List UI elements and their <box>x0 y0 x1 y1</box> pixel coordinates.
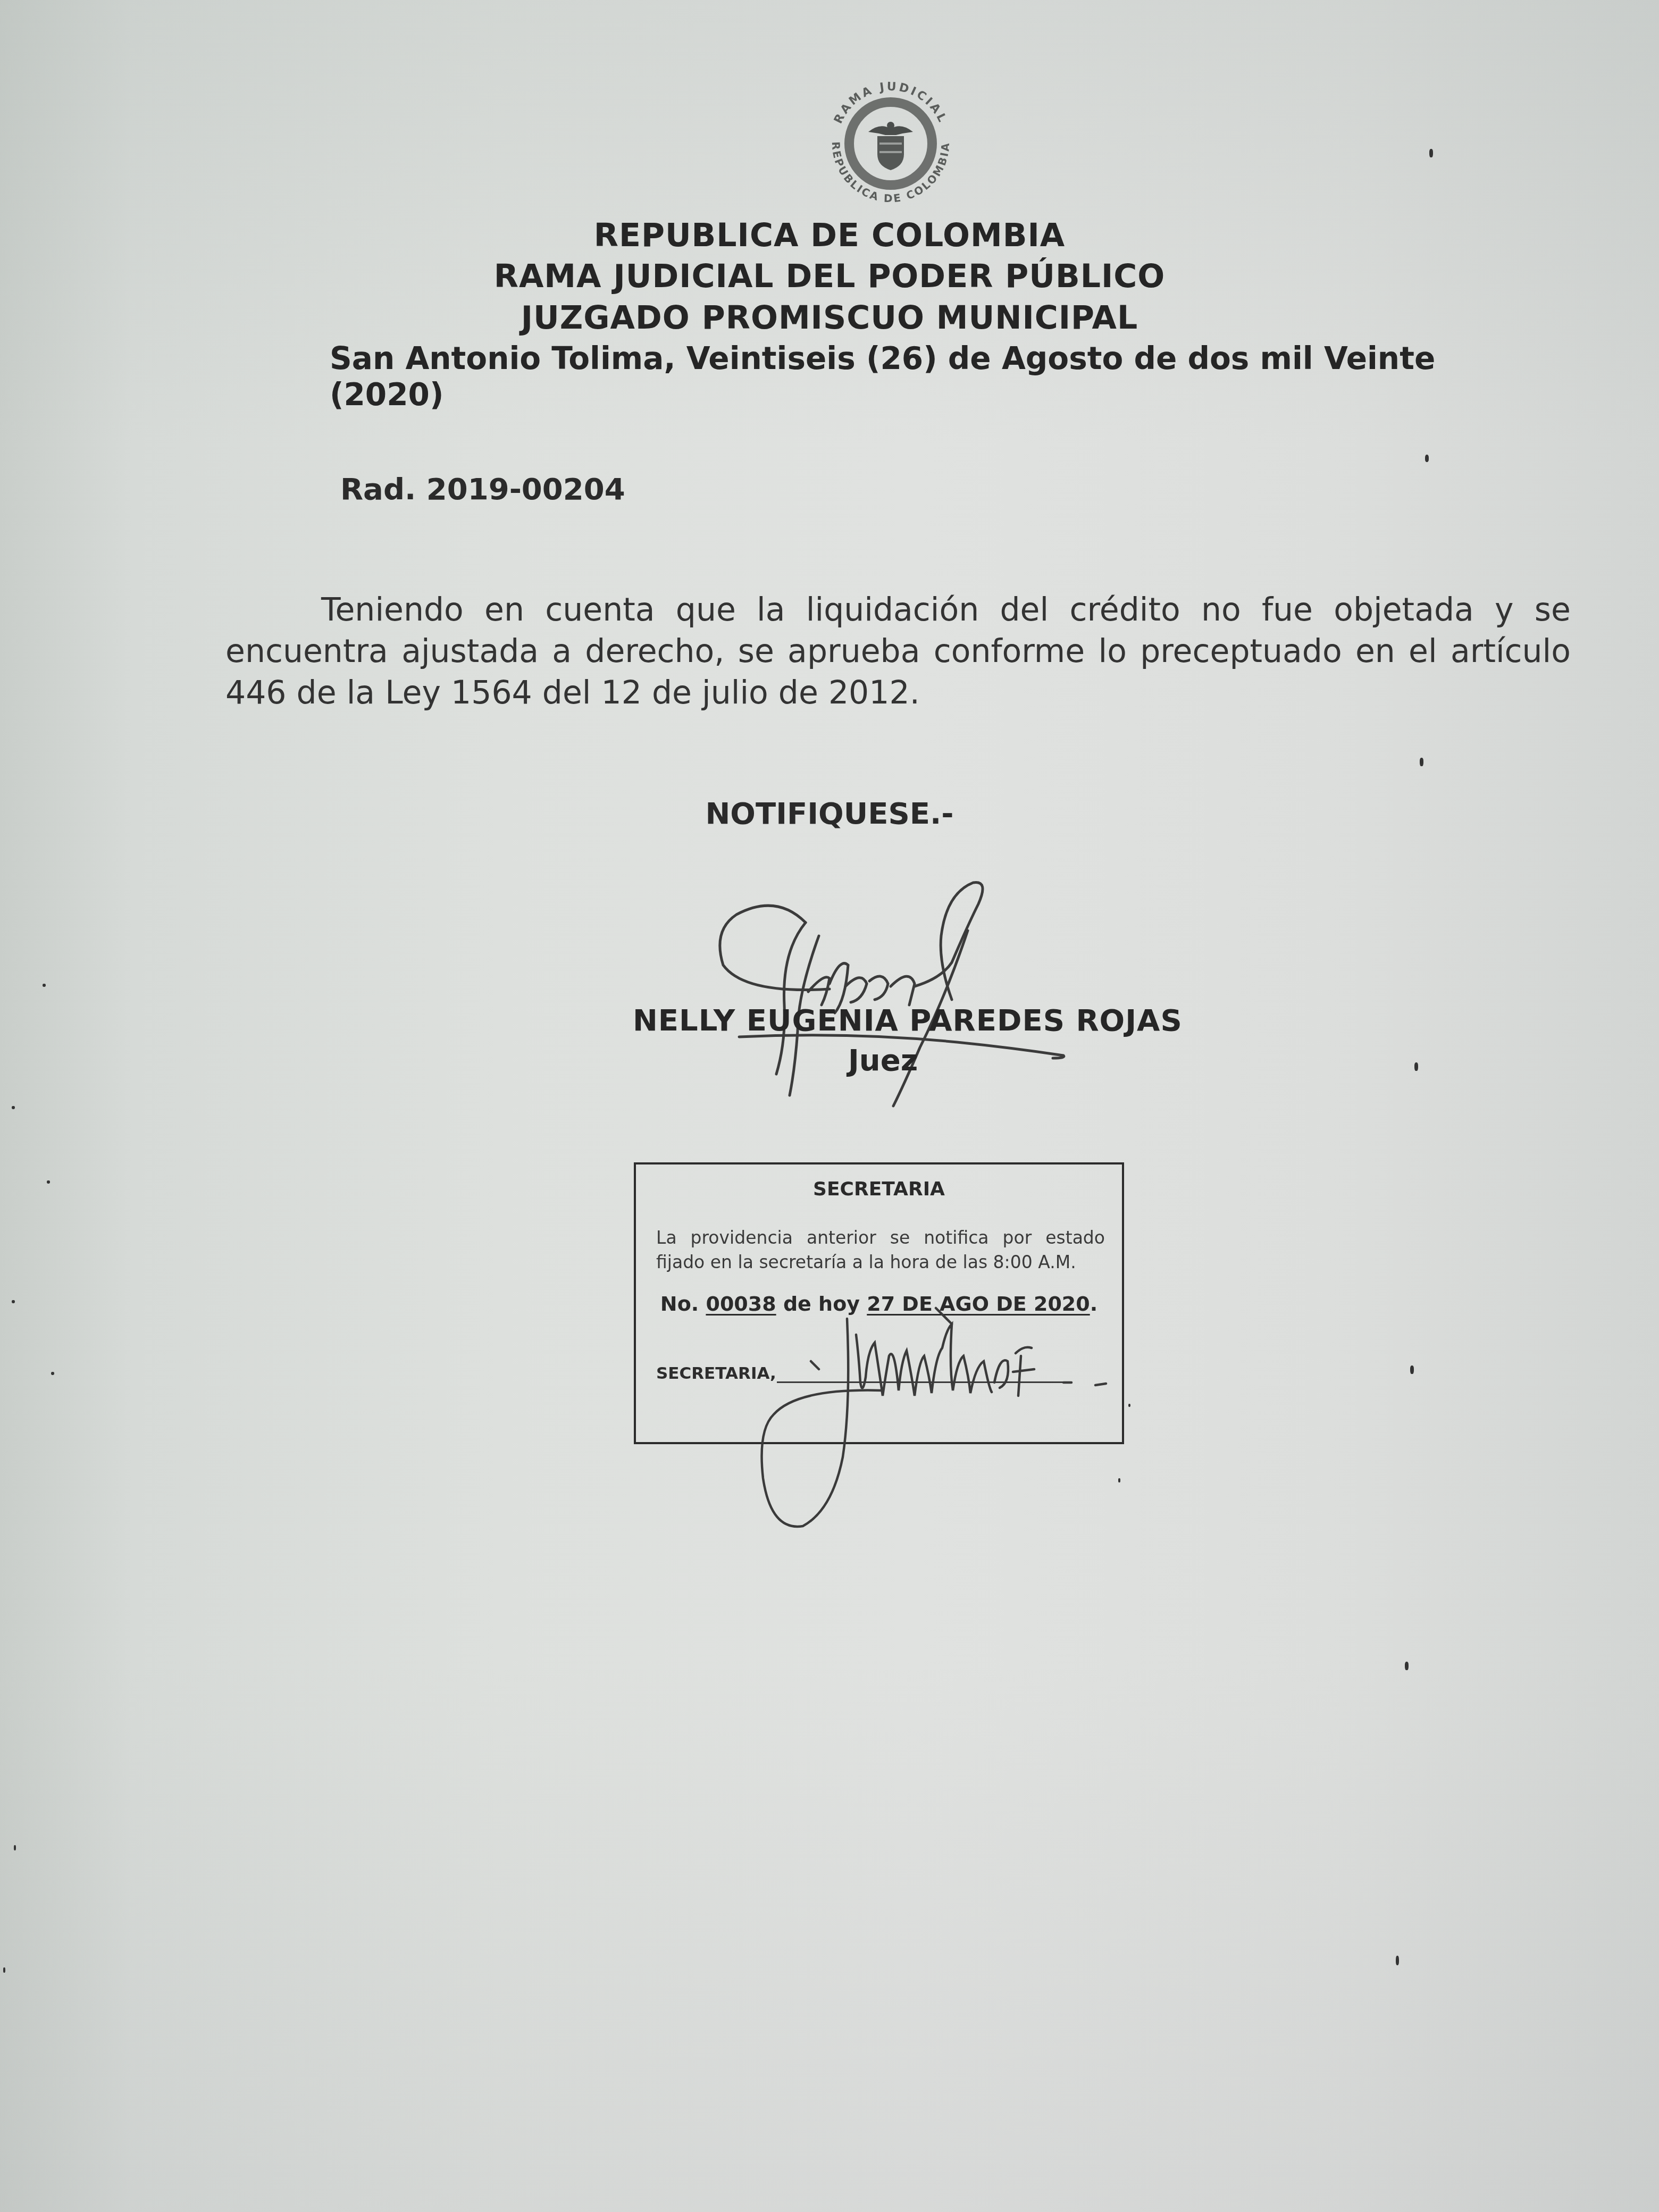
header-branch: RAMA JUDICIAL DEL PODER PÚBLICO <box>0 258 1659 295</box>
stamp-estado-line: No. 00038 de hoy 27 DE AGO DE 2020. <box>636 1292 1122 1316</box>
header-place-date: San Antonio Tolima, Veintiseis (26) de A… <box>330 340 1462 413</box>
stamp-period: . <box>1090 1292 1097 1316</box>
paper-speck <box>1425 455 1429 462</box>
paper-speck <box>1396 1956 1399 1965</box>
paper-speck <box>1118 1478 1120 1482</box>
paper-speck <box>1410 1365 1414 1374</box>
paper-speck <box>1429 149 1433 157</box>
stamp-no-prefix: No. <box>660 1292 699 1316</box>
paper-speck <box>12 1106 15 1109</box>
judge-name: NELLY EUGENIA PAREDES ROJAS <box>633 1003 1183 1038</box>
stamp-notice-text: La providencia anterior se notifica por … <box>656 1226 1105 1275</box>
paper-speck <box>3 1967 5 1973</box>
paper-speck <box>12 1300 15 1303</box>
judge-title: Juez <box>848 1043 918 1078</box>
stamp-estado-number: 00038 <box>706 1292 776 1316</box>
paper-speck <box>1128 1404 1130 1407</box>
paper-speck <box>51 1372 54 1375</box>
rama-judicial-seal-icon: RAMA JUDICIAL REPUBLICA DE COLOMBIA <box>816 80 965 207</box>
paper-speck <box>1405 1662 1409 1670</box>
header-court: JUZGADO PROMISCUO MUNICIPAL <box>0 299 1659 337</box>
stamp-signature-line <box>777 1381 1064 1383</box>
case-number: Rad. 2019-00204 <box>340 472 625 507</box>
secretaria-stamp: SECRETARIA La providencia anterior se no… <box>634 1162 1124 1444</box>
stamp-today-label: de hoy <box>783 1292 860 1316</box>
paper-speck <box>14 1845 16 1850</box>
stamp-secretary-label: SECRETARIA, <box>656 1364 776 1383</box>
stamp-date: 27 DE AGO DE 2020 <box>867 1292 1090 1316</box>
ruling-paragraph: Teniendo en cuenta que la liquidación de… <box>225 589 1571 714</box>
paper-speck <box>43 984 46 987</box>
notify-heading: NOTIFIQUESE.- <box>0 797 1659 831</box>
paper-speck <box>47 1180 50 1184</box>
paper-speck <box>1414 1062 1418 1071</box>
header-country: REPUBLICA DE COLOMBIA <box>0 217 1659 254</box>
judge-signature-icon <box>691 872 1095 1117</box>
stamp-title: SECRETARIA <box>636 1178 1122 1200</box>
paper-speck <box>1420 758 1423 766</box>
